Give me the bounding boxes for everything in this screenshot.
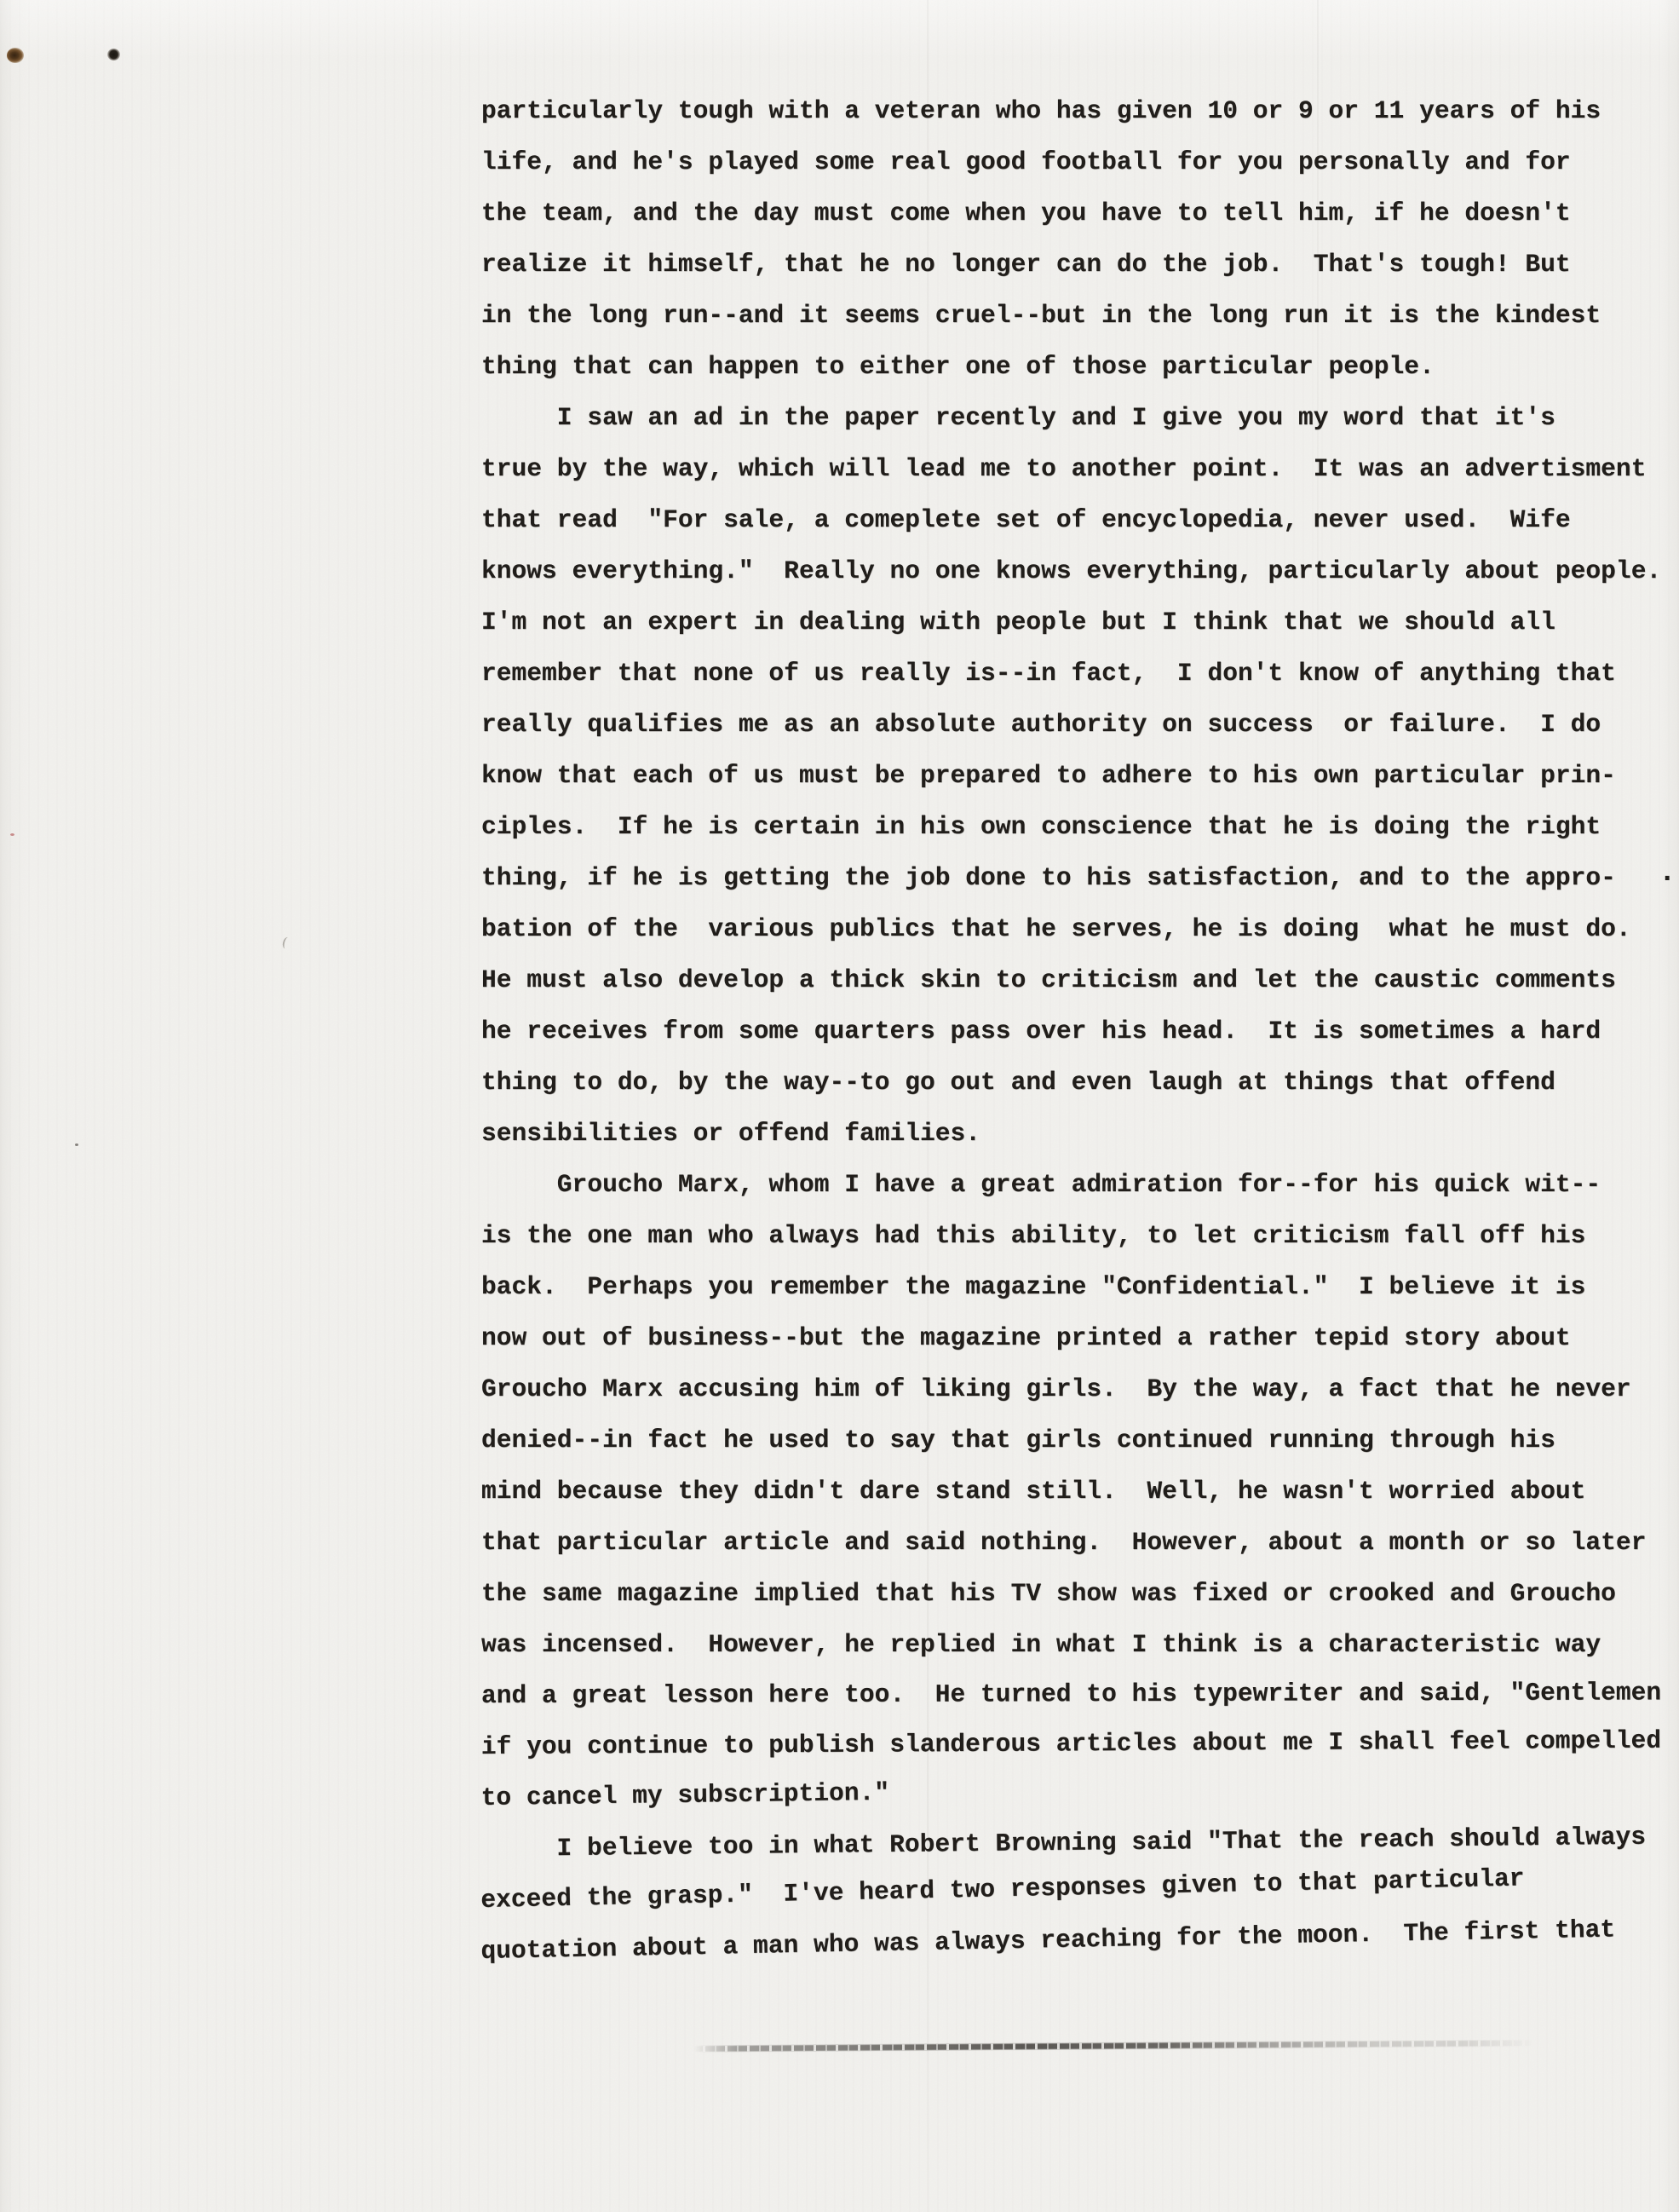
text-line: I saw an ad in the paper recently and I … (481, 392, 1661, 443)
text-line: is the one man who always had this abili… (481, 1210, 1661, 1261)
text-line: he receives from some quarters pass over… (481, 1005, 1661, 1057)
text-line: particularly tough with a veteran who ha… (481, 85, 1661, 136)
staple-hole-rust-stain (7, 48, 24, 63)
text-line: that read "For sale, a comeplete set of … (481, 494, 1661, 545)
text-line: know that each of us must be prepared to… (481, 750, 1661, 801)
text-line: life, and he's played some real good foo… (481, 136, 1661, 187)
text-line: mind because they didn't dare stand stil… (481, 1466, 1661, 1517)
text-line: Groucho Marx accusing him of liking girl… (481, 1363, 1661, 1414)
text-line: back. Perhaps you remember the magazine … (481, 1261, 1661, 1312)
staple-hole-dot (107, 49, 120, 60)
text-line: really qualifies me as an absolute autho… (481, 699, 1661, 750)
text-line: in the long run--and it seems cruel--but… (481, 290, 1661, 341)
text-line: ciples. If he is certain in his own cons… (481, 801, 1661, 852)
text-line: I'm not an expert in dealing with people… (481, 596, 1661, 648)
text-line: thing to do, by the way--to go out and e… (481, 1057, 1661, 1108)
paper-page: particularly tough with a veteran who ha… (0, 0, 1679, 2212)
text-line: the same magazine implied that his TV sh… (481, 1568, 1661, 1619)
text-line: that particular article and said nothing… (481, 1517, 1661, 1568)
typewritten-text-block: particularly tough with a veteran who ha… (481, 85, 1661, 1977)
paper-fiber-mark (281, 936, 293, 950)
text-line: thing that can happen to either one of t… (481, 341, 1661, 392)
text-line: denied--in fact he used to say that girl… (481, 1414, 1661, 1466)
text-line: Groucho Marx, whom I have a great admira… (481, 1159, 1661, 1210)
text-line: the team, and the day must come when you… (481, 187, 1661, 239)
text-line: He must also develop a thick skin to cri… (481, 954, 1661, 1005)
text-line: realize it himself, that he no longer ca… (481, 239, 1661, 290)
text-line: was incensed. However, he replied in wha… (481, 1619, 1661, 1670)
stray-period-mark: . (1659, 864, 1676, 883)
text-line: now out of business--but the magazine pr… (481, 1312, 1661, 1363)
paper-fleck (10, 833, 14, 836)
text-line: knows everything." Really no one knows e… (481, 545, 1661, 596)
text-line: bation of the various publics that he se… (481, 903, 1661, 954)
text-line: true by the way, which will lead me to a… (481, 443, 1661, 494)
text-line: and a great lesson here too. He turned t… (481, 1667, 1661, 1721)
text-line: remember that none of us really is--in f… (481, 648, 1661, 699)
text-line: sensibilities or offend families. (481, 1108, 1661, 1159)
text-line: thing, if he is getting the job done to … (481, 852, 1661, 903)
paper-fleck (75, 1143, 78, 1146)
pencil-smudge-line-gaps (694, 2040, 1533, 2052)
